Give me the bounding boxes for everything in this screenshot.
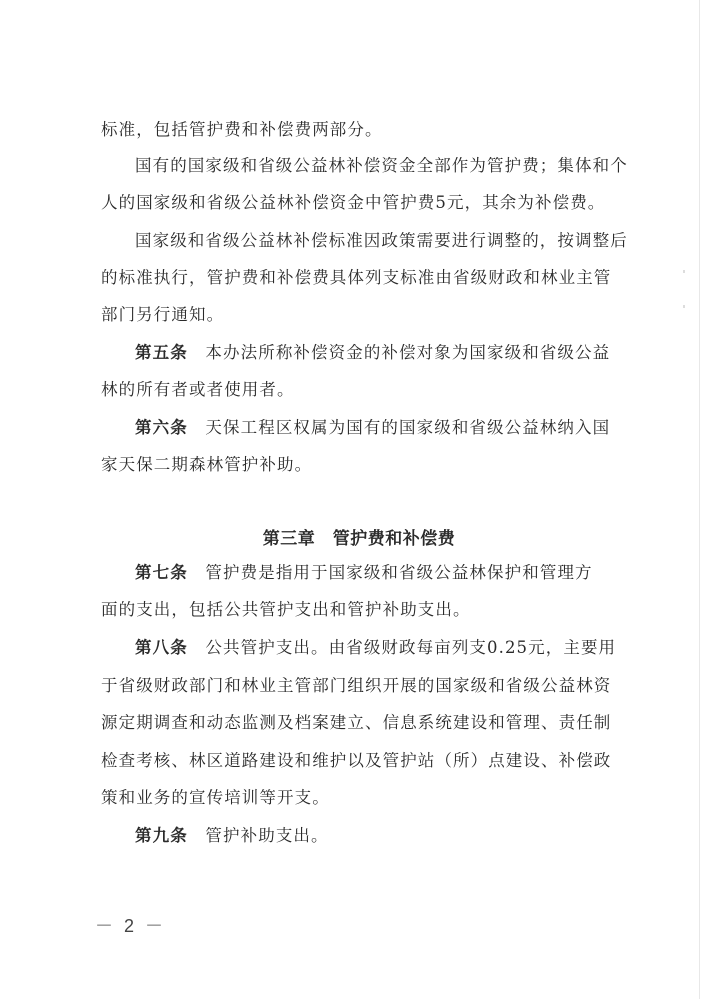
article-text: 本办法所称补偿资金的补偿对象为国家级和省级公益 xyxy=(205,343,610,362)
paragraph-line: 标准，包括管护费和补偿费两部分。 xyxy=(101,120,621,140)
article-9: 第九条 管护补助支出。 xyxy=(135,826,655,846)
paragraph-line: 的标准执行，管护费和补偿费具体列支标准由省级财政和林业主管 xyxy=(101,268,621,288)
article-6: 第六条 天保工程区权属为国有的国家级和省级公益林纳入国 xyxy=(135,418,655,438)
article-text: 天保工程区权属为国有的国家级和省级公益林纳入国 xyxy=(205,418,610,437)
article-label: 第八条 xyxy=(135,638,188,657)
article-label: 第七条 xyxy=(135,563,188,582)
article-8: 第八条 公共管护支出。由省级财政每亩列支0.25元，主要用 xyxy=(135,638,655,658)
paragraph-line: 部门另行通知。 xyxy=(101,305,621,325)
paragraph-line: 于省级财政部门和林业主管部门组织开展的国家级和省级公益林资 xyxy=(101,676,621,696)
page-number: － 2 － xyxy=(95,912,166,938)
scan-speck xyxy=(683,305,685,308)
paragraph-line: 国家级和省级公益林补偿标准因政策需要进行调整的，按调整后 xyxy=(135,231,655,251)
article-label: 第五条 xyxy=(135,343,188,362)
article-text: 管护补助支出。 xyxy=(205,826,328,845)
article-text: 管护费是指用于国家级和省级公益林保护和管理方 xyxy=(205,563,592,582)
article-7: 第七条 管护费是指用于国家级和省级公益林保护和管理方 xyxy=(135,563,655,583)
scan-speck xyxy=(683,270,685,273)
page-edge xyxy=(699,0,700,999)
article-5: 第五条 本办法所称补偿资金的补偿对象为国家级和省级公益 xyxy=(135,343,655,363)
paragraph-line: 检查考核、林区道路建设和维护以及管护站（所）点建设、补偿政 xyxy=(101,751,621,771)
paragraph-line: 源定期调查和动态监测及档案建立、信息系统建设和管理、责任制 xyxy=(101,713,621,733)
paragraph-line: 人的国家级和省级公益林补偿资金中管护费5元，其余为补偿费。 xyxy=(101,193,621,213)
paragraph-line: 面的支出，包括公共管护支出和管护补助支出。 xyxy=(101,600,621,620)
paragraph-line: 林的所有者或者使用者。 xyxy=(101,380,621,400)
article-label: 第六条 xyxy=(135,418,188,437)
paragraph-line: 策和业务的宣传培训等开支。 xyxy=(101,788,621,808)
paragraph-line: 家天保二期森林管护补助。 xyxy=(101,455,621,475)
paragraph-line: 国有的国家级和省级公益林补偿资金全部作为管护费；集体和个 xyxy=(135,156,655,176)
article-text: 公共管护支出。由省级财政每亩列支0.25元，主要用 xyxy=(205,638,616,657)
chapter-heading: 第三章 管护费和补偿费 xyxy=(0,524,702,549)
article-label: 第九条 xyxy=(135,826,188,845)
